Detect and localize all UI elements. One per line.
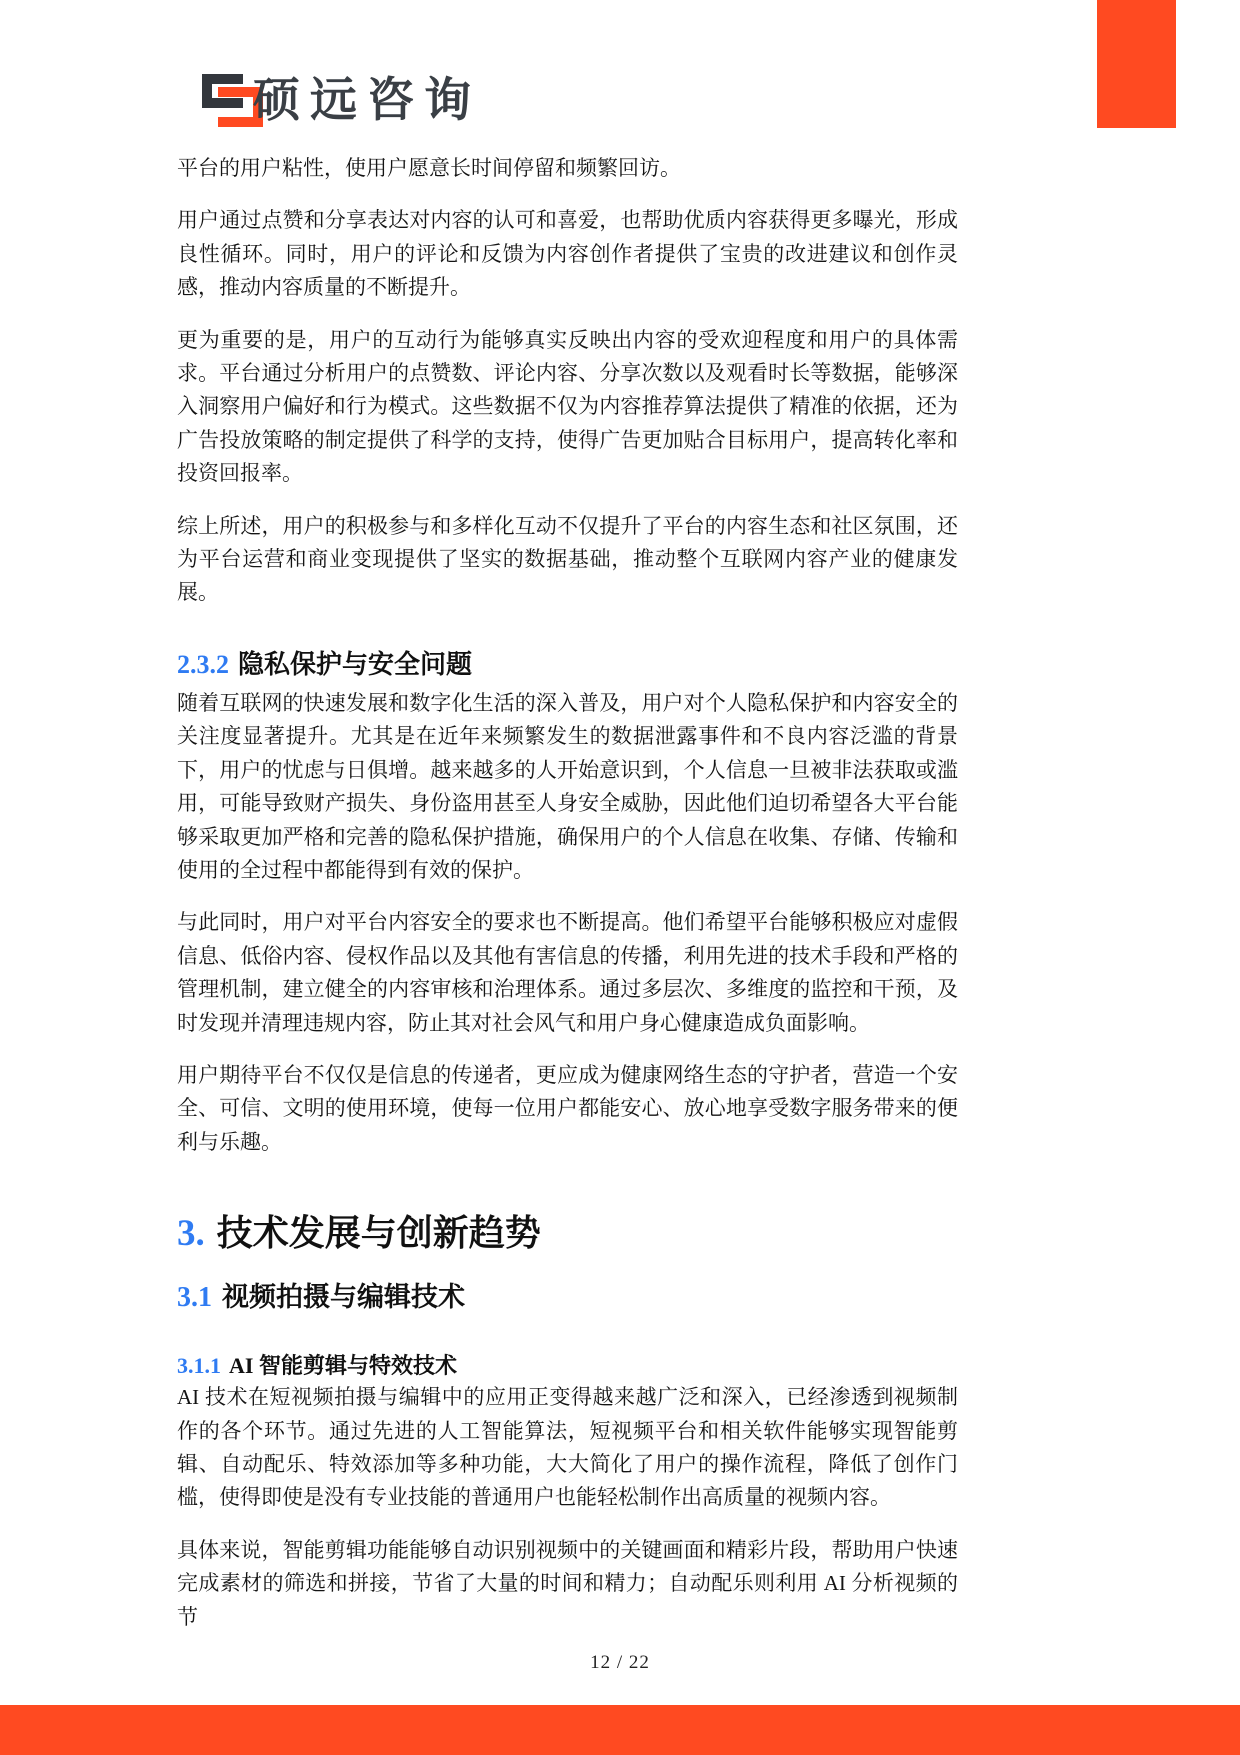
section-heading-2-3-2: 2.3.2隐私保护与安全问题: [177, 647, 958, 683]
body-paragraph: 平台的用户粘性，使用户愿意长时间停留和频繁回访。: [177, 152, 958, 185]
page-footer: 12 / 22: [0, 1652, 1240, 1674]
body-paragraph: 综上所述，用户的积极参与和多样化互动不仅提升了平台的内容生态和社区氛围，还为平台…: [177, 510, 958, 610]
page-number: 12 / 22: [590, 1652, 650, 1673]
document-body: 平台的用户粘性，使用户愿意长时间停留和频繁回访。 用户通过点赞和分享表达对内容的…: [177, 152, 958, 1653]
heading-title: AI 智能剪辑与特效技术: [229, 1353, 457, 1378]
brand-name: 硕远咨询: [253, 73, 481, 127]
body-paragraph: 具体来说，智能剪辑功能能够自动识别视频中的关键画面和精彩片段，帮助用户快速完成素…: [177, 1534, 958, 1634]
body-paragraph: 随着互联网的快速发展和数字化生活的深入普及，用户对个人隐私保护和内容安全的关注度…: [177, 687, 958, 887]
document-page: 硕远咨询 平台的用户粘性，使用户愿意长时间停留和频繁回访。 用户通过点赞和分享表…: [0, 0, 1240, 1755]
body-paragraph: AI 技术在短视频拍摄与编辑中的应用正变得越来越广泛和深入，已经渗透到视频制作的…: [177, 1381, 958, 1515]
bottom-accent-bar: [0, 1705, 1240, 1755]
heading-number: 3.1: [177, 1282, 212, 1313]
heading-number: 2.3.2: [177, 650, 229, 679]
heading-number: 3.: [177, 1213, 205, 1254]
heading-title: 技术发展与创新趋势: [217, 1213, 541, 1253]
top-right-accent-block: [1097, 0, 1176, 128]
section-heading-3-1-1: 3.1.1AI 智能剪辑与特效技术: [177, 1351, 958, 1381]
heading-number: 3.1.1: [177, 1353, 221, 1378]
body-paragraph: 用户期待平台不仅仅是信息的传递者，更应成为健康网络生态的守护者，营造一个安全、可…: [177, 1059, 958, 1159]
section-heading-3: 3.技术发展与创新趋势: [177, 1209, 958, 1258]
body-paragraph: 用户通过点赞和分享表达对内容的认可和喜爱，也帮助优质内容获得更多曝光，形成良性循…: [177, 204, 958, 304]
heading-title: 隐私保护与安全问题: [238, 650, 472, 679]
heading-title: 视频拍摄与编辑技术: [222, 1282, 465, 1312]
body-paragraph: 更为重要的是，用户的互动行为能够真实反映出内容的受欢迎程度和用户的具体需求。平台…: [177, 324, 958, 491]
section-heading-3-1: 3.1视频拍摄与编辑技术: [177, 1278, 958, 1317]
body-paragraph: 与此同时，用户对平台内容安全的要求也不断提高。他们希望平台能够积极应对虚假信息、…: [177, 906, 958, 1040]
